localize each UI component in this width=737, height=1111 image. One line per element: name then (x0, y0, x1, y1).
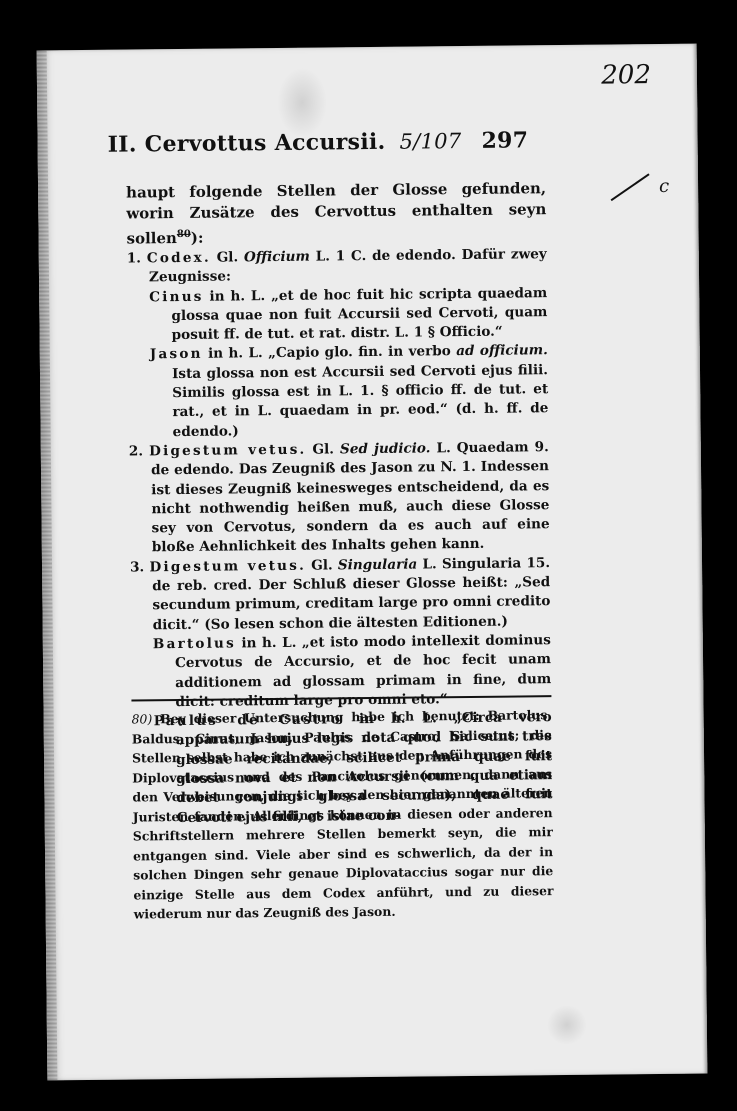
pencil-annotation: 5/107 (399, 129, 461, 154)
page-number: 297 (481, 127, 528, 153)
footnote-ref: 80 (177, 229, 191, 240)
citation: Cinus in h. L. „et de hoc fuit hic scrip… (127, 284, 548, 346)
running-header: II. Cervottus Accursii. 5/107 297 (107, 127, 547, 158)
footnote-text: Bey dieser Untersuchung habe ich benutzt… (132, 707, 554, 921)
handwritten-folio-number: 202 (601, 60, 651, 91)
lead-paragraph: haupt folgende Stellen der Glosse gefund… (126, 178, 547, 249)
pen-stroke-mark (611, 173, 650, 201)
running-title: II. Cervottus Accursii. (107, 129, 385, 158)
margin-annotation: c (613, 176, 669, 198)
ink-blot (547, 1005, 587, 1045)
citation: Jason in h. L. „Capio glo. fin. in verbo… (128, 342, 549, 443)
footnote: 80) Bey dieser Untersuchung habe ich ben… (132, 705, 554, 924)
list-item: 3. Digestum vetus. Gl. Singularia L. Sin… (130, 554, 551, 636)
list-item: 2. Digestum vetus. Gl. Sed judicio. L. Q… (129, 438, 550, 558)
footnote-marker: 80) (132, 711, 153, 726)
scanned-page: 202 II. Cervottus Accursii. 5/107 297 c … (37, 44, 708, 1081)
list-item: 1. Codex. Gl. Officium L. 1 C. de edendo… (127, 245, 547, 288)
ink-blot (277, 67, 328, 138)
